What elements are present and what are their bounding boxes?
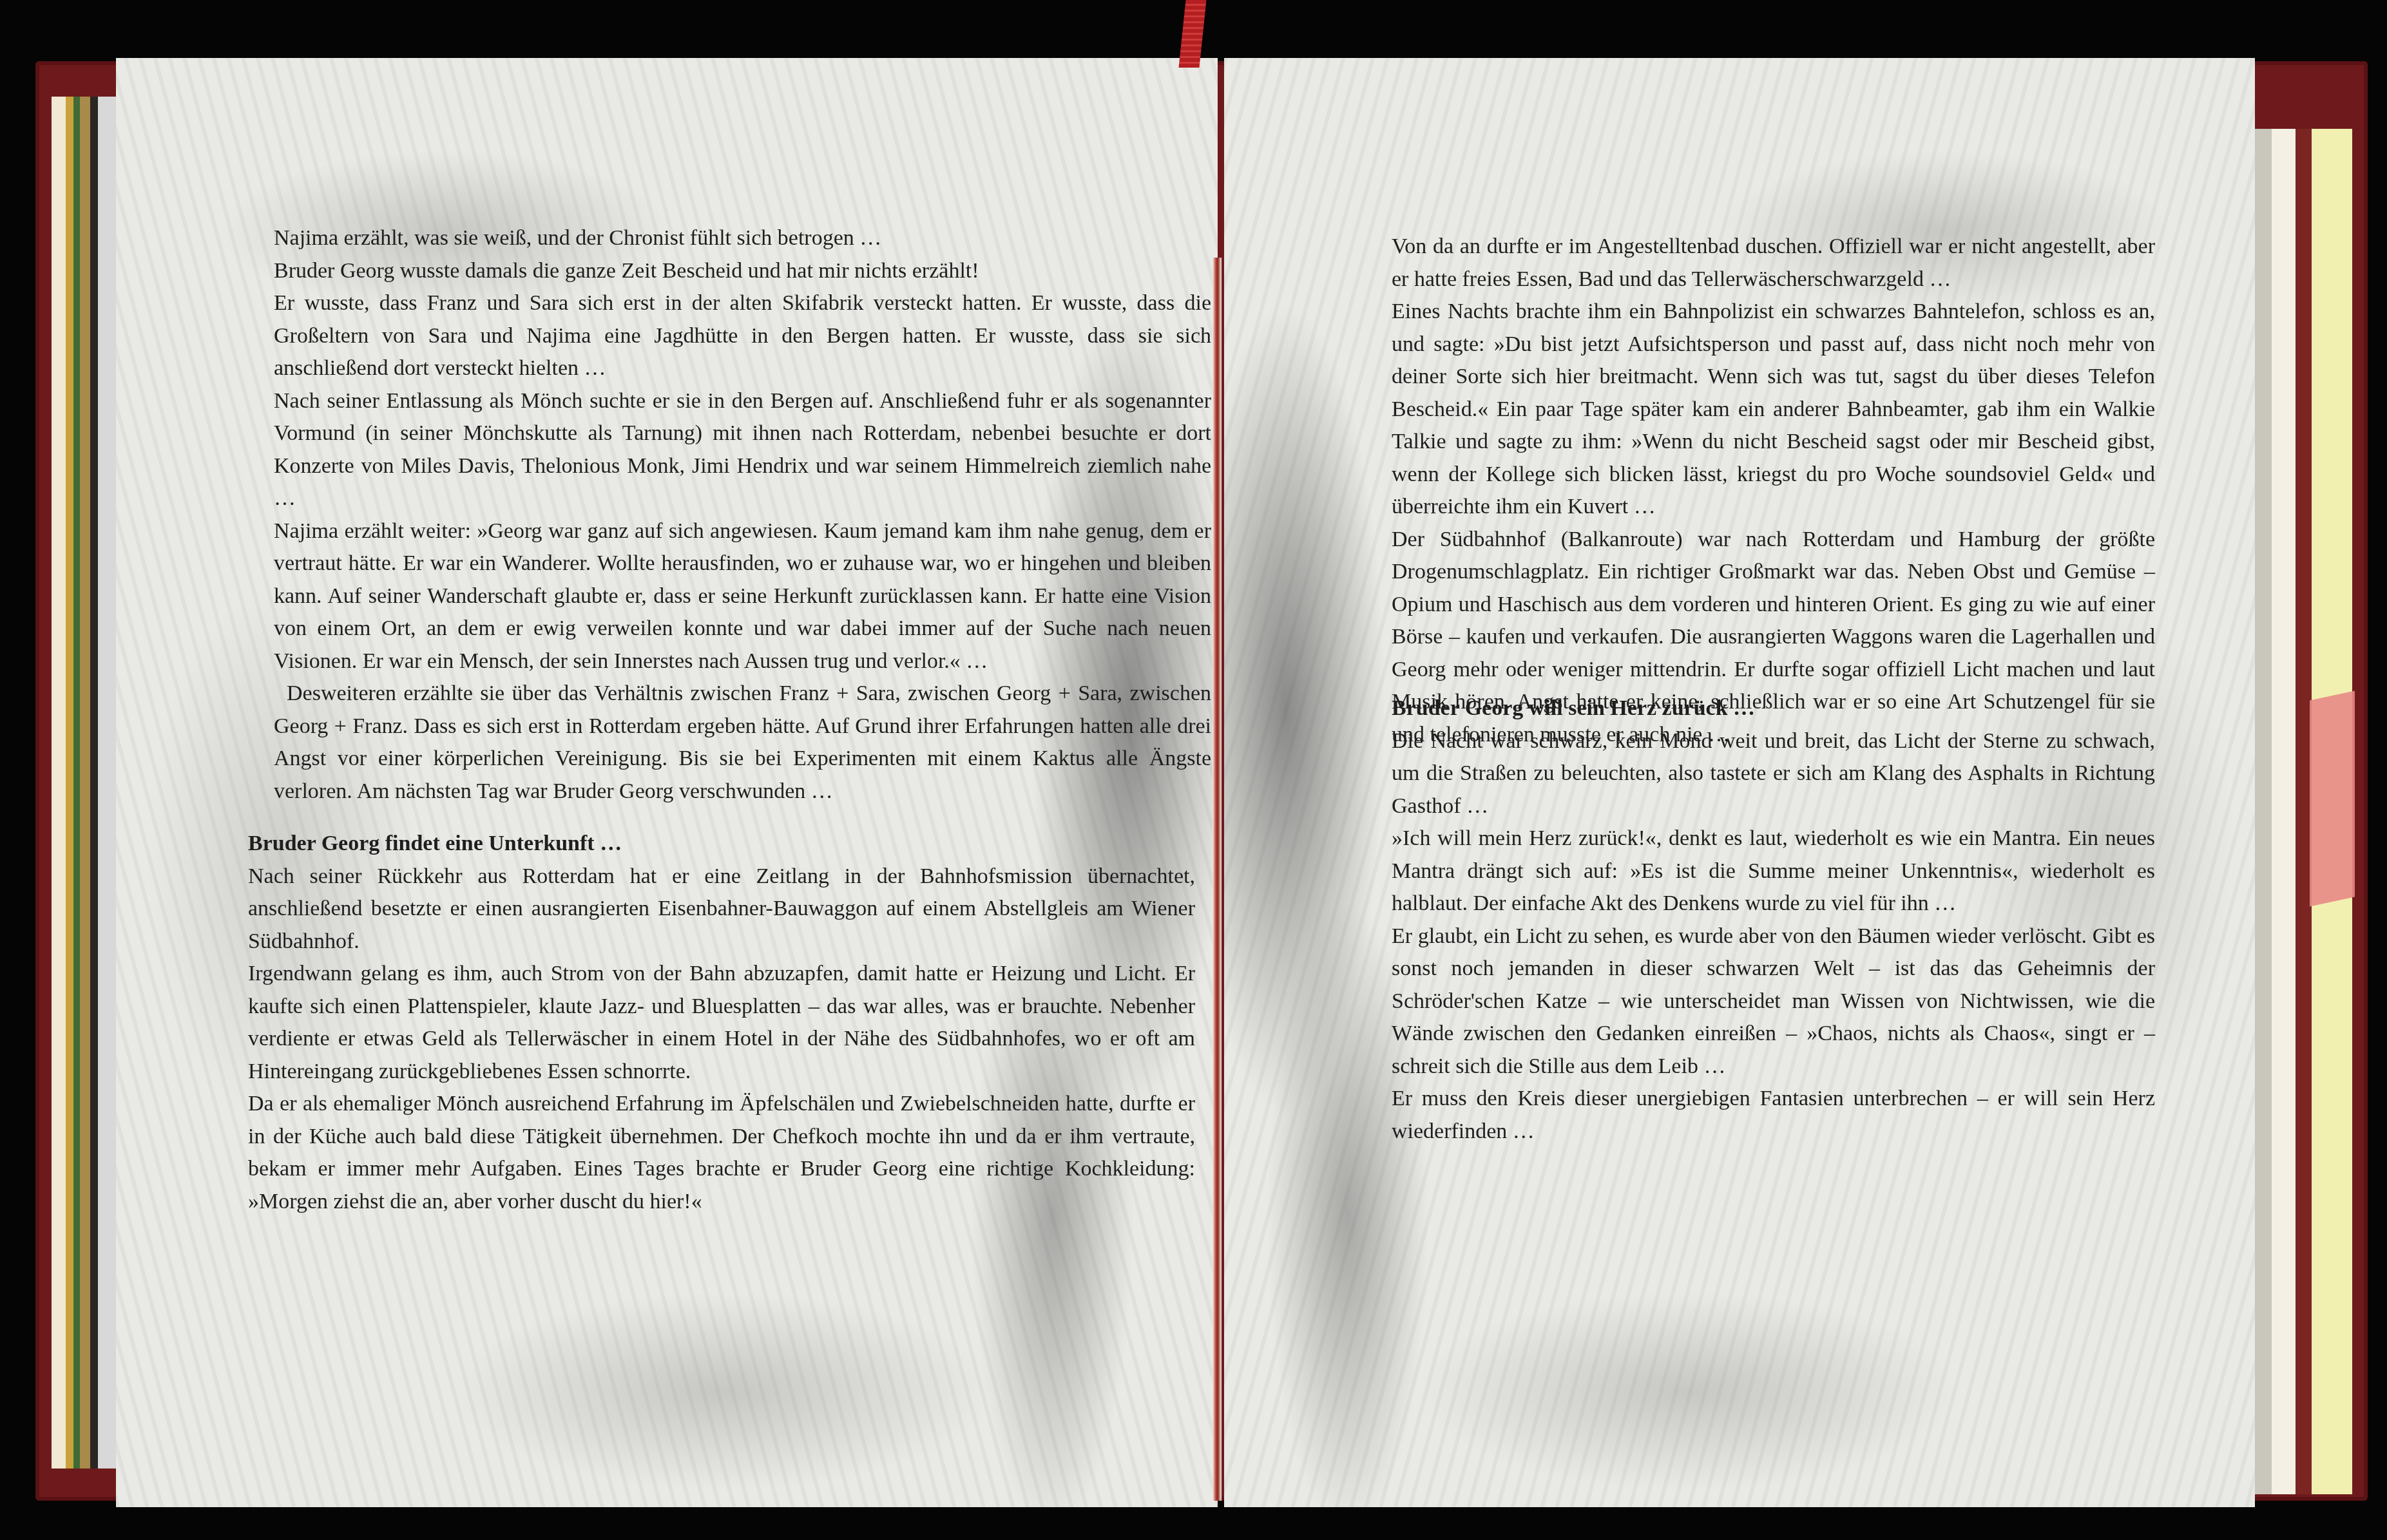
paragraph: Irgendwann gelang es ihm, auch Strom von… — [248, 958, 1195, 1088]
right-section-herz: Bruder Georg will sein Herz zurück … Die… — [1392, 692, 2155, 1148]
left-section-unterkunft: Bruder Georg findet eine Unterkunft … Na… — [248, 828, 1195, 1218]
paragraph: Von da an durfte er im Angestelltenbad d… — [1392, 231, 2155, 296]
paragraph: Da er als ehemaliger Mönch ausreichend E… — [248, 1088, 1195, 1218]
right-section-continuation: Von da an durfte er im Angestelltenbad d… — [1392, 231, 2155, 751]
paragraph: Desweiteren erzählte sie über das Verhäl… — [274, 678, 1211, 808]
sticky-note — [2310, 691, 2355, 907]
paragraph: Er glaubt, ein Licht zu sehen, es wurde … — [1392, 920, 2155, 1083]
left-section-najima: Najima erzählt, was sie weiß, und der Ch… — [274, 222, 1211, 808]
paragraph: Er wusste, dass Franz und Sara sich erst… — [274, 287, 1211, 385]
paragraph: Nach seiner Entlassung als Mönch suchte … — [274, 385, 1211, 515]
left-page-edges — [52, 97, 116, 1469]
section-heading: Bruder Georg findet eine Unterkunft … — [248, 828, 1195, 860]
section-heading: Bruder Georg will sein Herz zurück … — [1392, 692, 2155, 725]
paragraph: Er muss den Kreis dieser unergiebigen Fa… — [1392, 1083, 2155, 1148]
paragraph: Bruder Georg wusste damals die ganze Zei… — [274, 255, 1211, 288]
paragraph: Najima erzählt weiter: »Georg war ganz a… — [274, 515, 1211, 678]
right-page: Von da an durfte er im Angestelltenbad d… — [1224, 58, 2255, 1507]
paragraph: »Ich will mein Herz zurück!«, denkt es l… — [1392, 822, 2155, 920]
book-gutter — [1213, 258, 1222, 1501]
paragraph: Eines Nachts brachte ihm ein Bahnpolizis… — [1392, 296, 2155, 524]
paragraph: Nach seiner Rückkehr aus Rotterdam hat e… — [248, 860, 1195, 958]
left-page: Najima erzählt, was sie weiß, und der Ch… — [116, 58, 1218, 1507]
section-heading: Najima erzählt, was sie weiß, und der Ch… — [274, 222, 1211, 255]
paragraph: Die Nacht war schwarz, kein Mond weit un… — [1392, 725, 2155, 823]
